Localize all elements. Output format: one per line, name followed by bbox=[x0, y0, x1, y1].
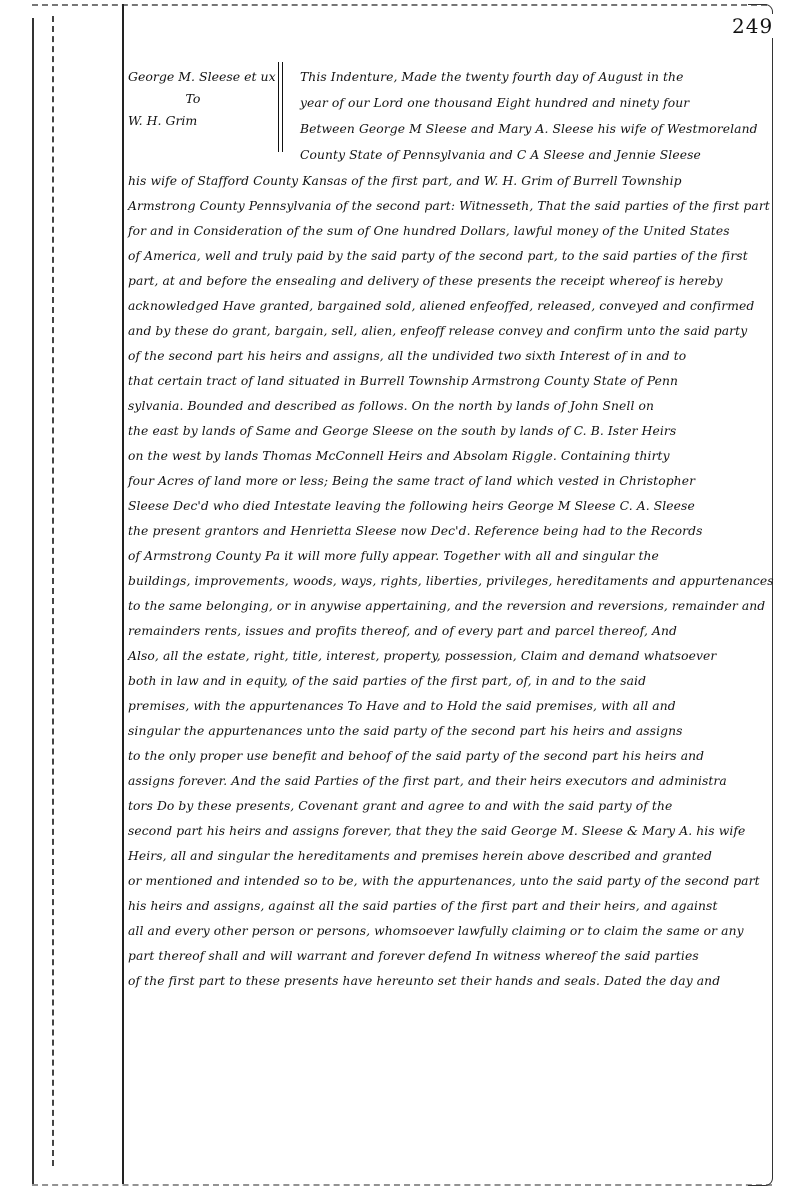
bottom-border bbox=[32, 1184, 772, 1188]
margin-rule bbox=[122, 4, 124, 1184]
body-line: part, at and before the ensealing and de… bbox=[128, 274, 723, 288]
body-line: year of our Lord one thousand Eight hund… bbox=[300, 96, 689, 110]
body-line: Also, all the estate, right, title, inte… bbox=[128, 649, 716, 663]
body-line: and by these do grant, bargain, sell, al… bbox=[128, 324, 747, 338]
caption-to: To bbox=[128, 88, 276, 110]
body-line: premises, with the appurtenances To Have… bbox=[128, 699, 676, 713]
body-line: assigns forever. And the said Parties of… bbox=[128, 774, 727, 788]
body-line: tors Do by these presents, Covenant gran… bbox=[128, 799, 672, 813]
body-line: of the second part his heirs and assigns… bbox=[128, 349, 686, 363]
body-line: both in law and in equity, of the said p… bbox=[128, 674, 646, 688]
body-line: his heirs and assigns, against all the s… bbox=[128, 899, 718, 913]
body-line: four Acres of land more or less; Being t… bbox=[128, 474, 695, 488]
body-line: Armstrong County Pennsylvania of the sec… bbox=[128, 199, 770, 213]
body-line: Sleese Dec'd who died Intestate leaving … bbox=[128, 499, 695, 513]
page-number: 249 bbox=[730, 14, 775, 38]
caption-grantor: George M. Sleese et ux bbox=[128, 69, 276, 84]
body-line: the present grantors and Henrietta Slees… bbox=[128, 524, 703, 538]
body-line: all and every other person or persons, w… bbox=[128, 924, 744, 938]
body-line: of America, well and truly paid by the s… bbox=[128, 249, 748, 263]
body-line: his wife of Stafford County Kansas of th… bbox=[128, 174, 682, 188]
caption-divider bbox=[278, 62, 283, 152]
body-line: the east by lands of Same and George Sle… bbox=[128, 424, 676, 438]
deed-caption: George M. Sleese et ux To W. H. Grim bbox=[128, 66, 276, 132]
body-line: on the west by lands Thomas McConnell He… bbox=[128, 449, 670, 463]
body-line: for and in Consideration of the sum of O… bbox=[128, 224, 730, 238]
body-line: singular the appurtenances unto the said… bbox=[128, 724, 683, 738]
body-line: or mentioned and intended so to be, with… bbox=[128, 874, 760, 888]
body-line: County State of Pennsylvania and C A Sle… bbox=[300, 148, 701, 162]
binding-edge bbox=[32, 18, 34, 1184]
body-line: that certain tract of land situated in B… bbox=[128, 374, 678, 388]
body-line: sylvania. Bounded and described as follo… bbox=[128, 399, 654, 413]
body-line: acknowledged Have granted, bargained sol… bbox=[128, 299, 754, 313]
binding-edge-dashed bbox=[52, 16, 54, 1166]
body-line: of the first part to these presents have… bbox=[128, 974, 720, 988]
caption-grantee: W. H. Grim bbox=[128, 113, 197, 128]
body-line: buildings, improvements, woods, ways, ri… bbox=[128, 574, 774, 588]
body-line: to the same belonging, or in anywise app… bbox=[128, 599, 765, 613]
body-line: remainders rents, issues and profits the… bbox=[128, 624, 677, 638]
body-line: Between George M Sleese and Mary A. Slee… bbox=[300, 122, 758, 136]
top-border bbox=[32, 4, 767, 8]
deed-page: 249 George M. Sleese et ux To W. H. Grim… bbox=[0, 0, 800, 1196]
right-margin-box bbox=[748, 4, 773, 1186]
body-line: of Armstrong County Pa it will more full… bbox=[128, 549, 659, 563]
body-line: second part his heirs and assigns foreve… bbox=[128, 824, 745, 838]
body-line: part thereof shall and will warrant and … bbox=[128, 949, 699, 963]
body-line: Heirs, all and singular the hereditament… bbox=[128, 849, 712, 863]
body-line: This Indenture, Made the twenty fourth d… bbox=[300, 70, 683, 84]
body-line: to the only proper use benefit and behoo… bbox=[128, 749, 704, 763]
